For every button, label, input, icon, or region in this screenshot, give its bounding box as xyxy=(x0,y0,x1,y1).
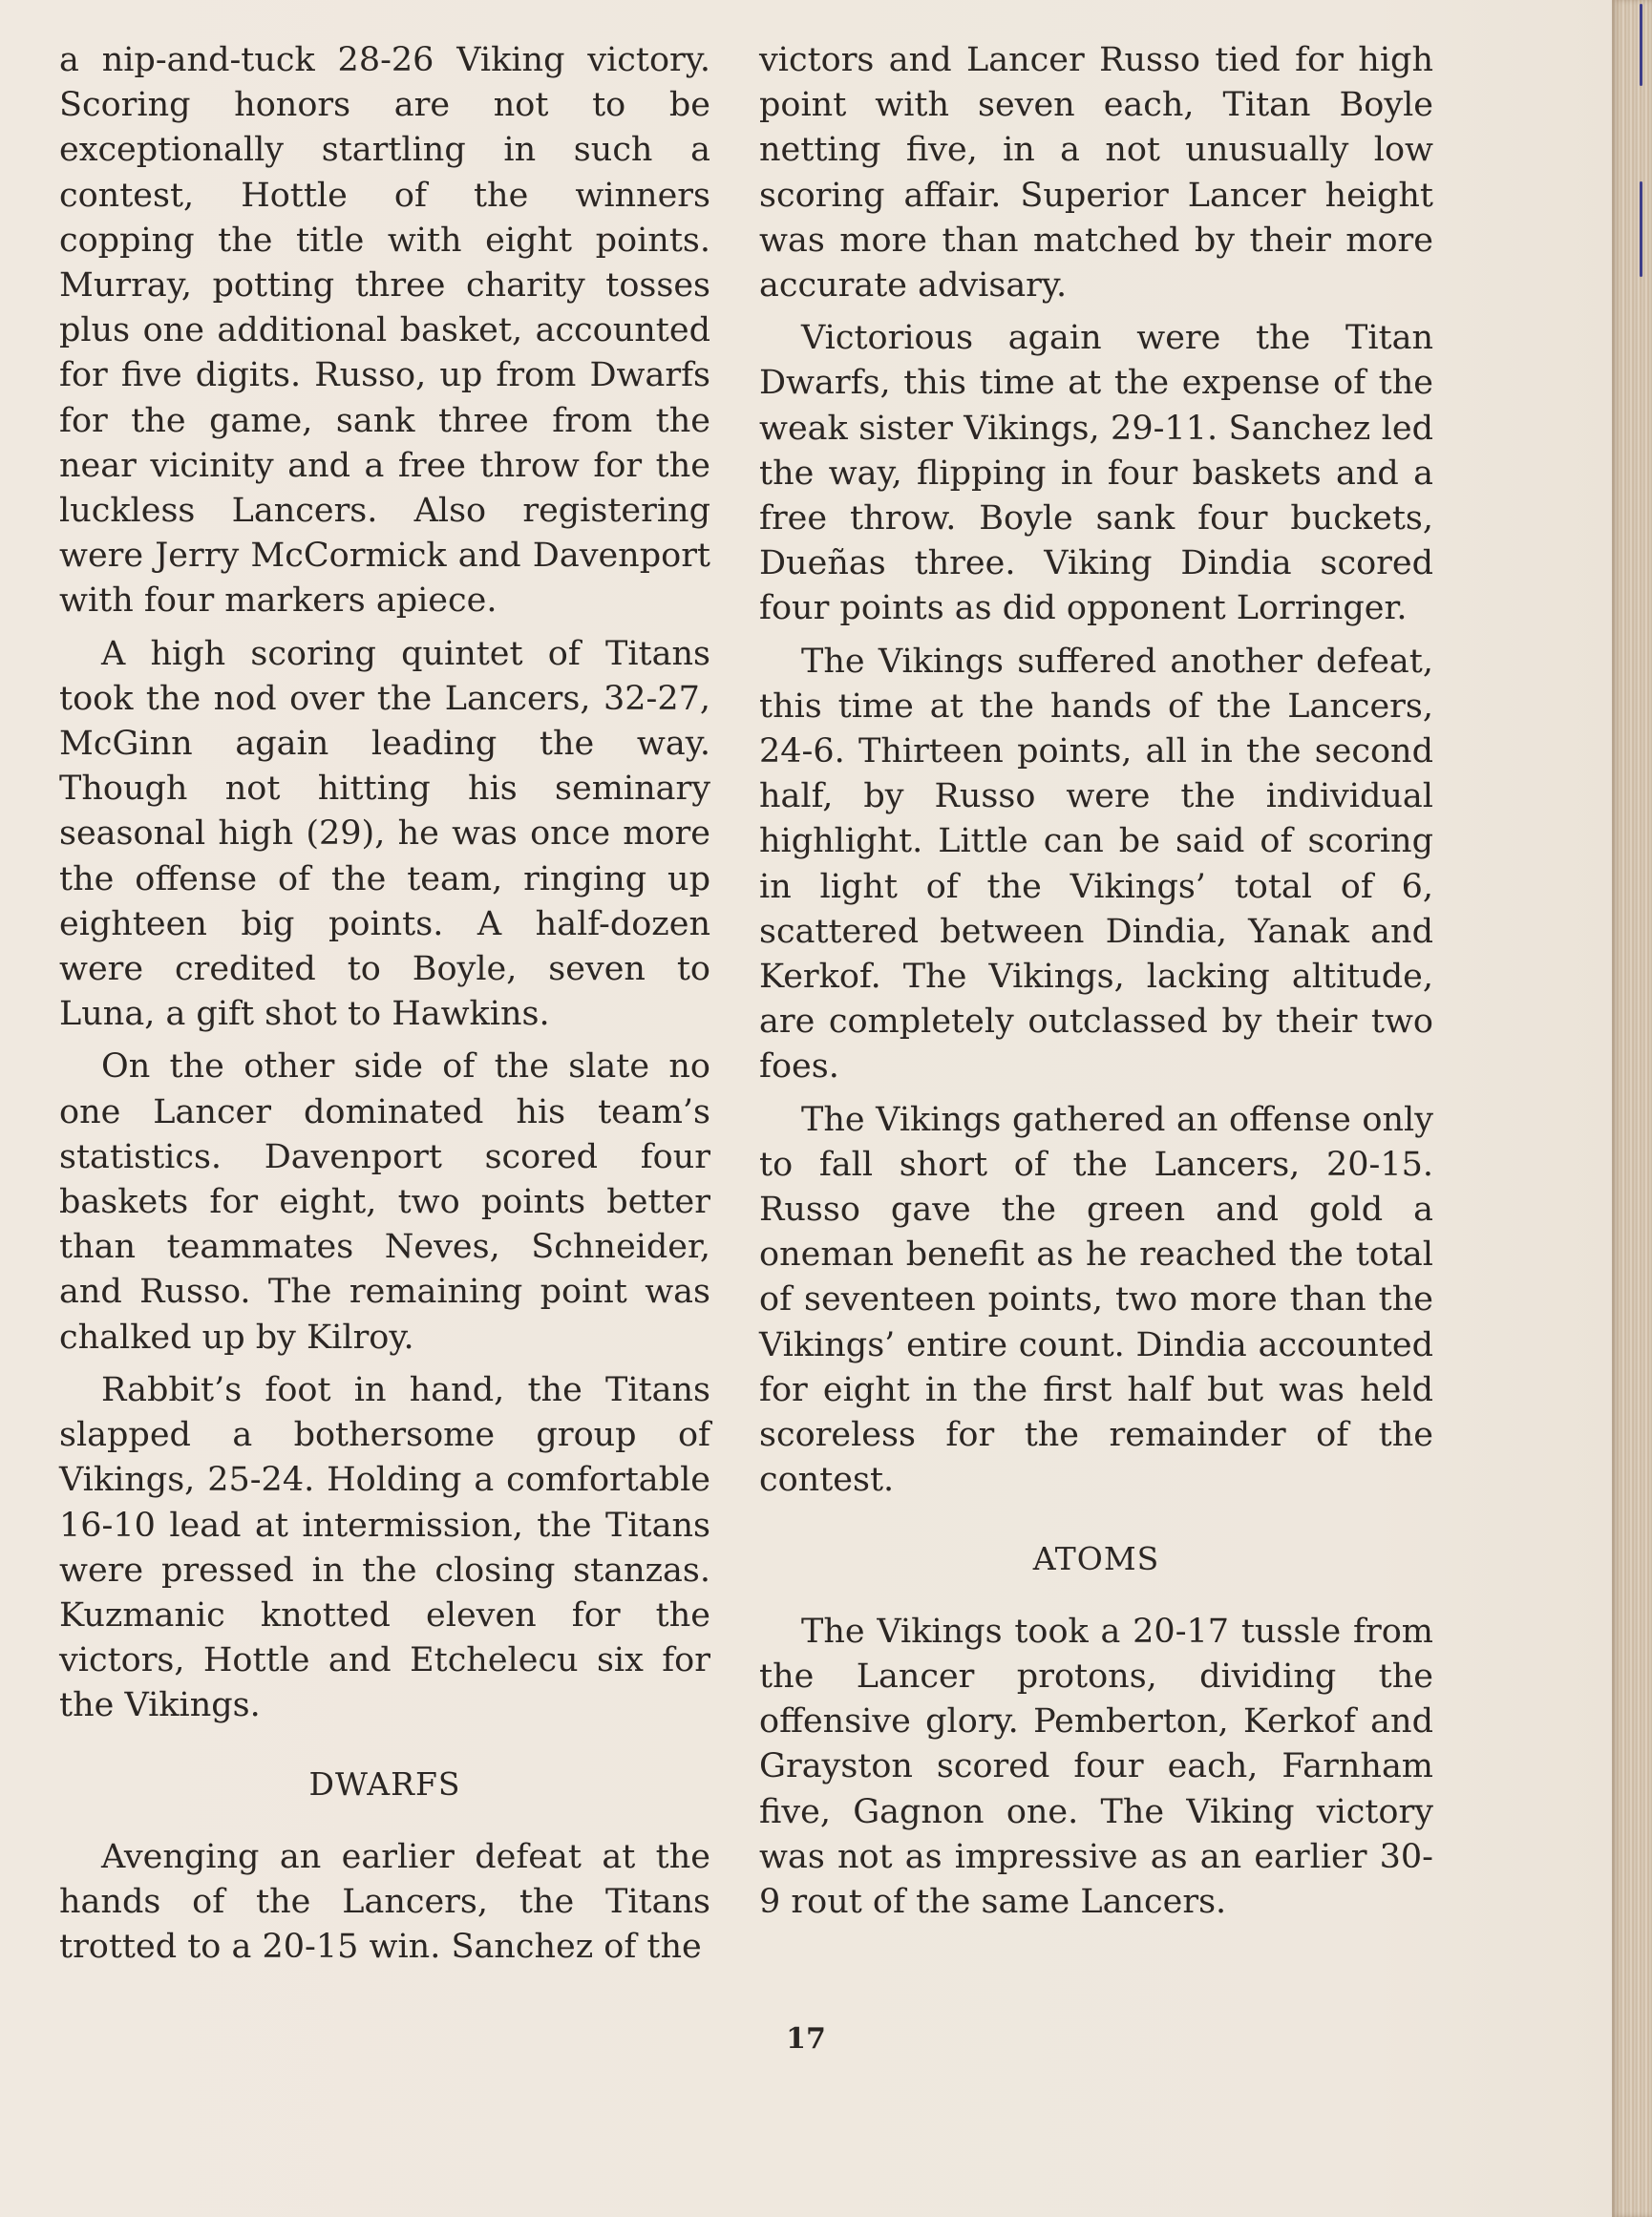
paragraph-titan-dwarfs: Victorious again were the Titan Dwarfs, … xyxy=(759,316,1433,631)
page-stack-edge xyxy=(1612,0,1652,2217)
paragraph-titans-lancers: A high scoring quintet of Titans took th… xyxy=(59,632,710,1038)
edge-ink-mark xyxy=(1640,181,1642,277)
paragraph-lancer-stats: On the other side of the slate no one La… xyxy=(59,1045,710,1360)
paragraph-vikings-defeat: The Vikings suffered another defeat, thi… xyxy=(759,640,1433,1090)
paragraph-titans-vikings: Rabbit’s foot in hand, the Titans slappe… xyxy=(59,1368,710,1729)
section-heading-atoms: ATOMS xyxy=(759,1536,1433,1581)
paragraph-dwarfs-intro: Avenging an earlier defeat at the hands … xyxy=(59,1835,710,1971)
section-heading-dwarfs: DWARFS xyxy=(59,1762,710,1806)
paragraph-vikings-offense: The Vikings gathered an offense only to … xyxy=(759,1098,1433,1504)
paragraph-atoms: The Vikings took a 20-17 tussle from the… xyxy=(759,1610,1433,1925)
edge-ink-mark xyxy=(1640,4,1642,86)
paragraph-continuation: a nip-and-tuck 28-26 Viking victory. Sco… xyxy=(59,38,710,624)
page-number: 17 xyxy=(0,2022,1612,2056)
book-page: a nip-and-tuck 28-26 Viking victory. Sco… xyxy=(0,0,1612,2217)
left-column: a nip-and-tuck 28-26 Viking victory. Sco… xyxy=(59,38,710,1977)
right-column: victors and Lancer Russo tied for high p… xyxy=(759,38,1433,1932)
paragraph-continuation: victors and Lancer Russo tied for high p… xyxy=(759,38,1433,308)
